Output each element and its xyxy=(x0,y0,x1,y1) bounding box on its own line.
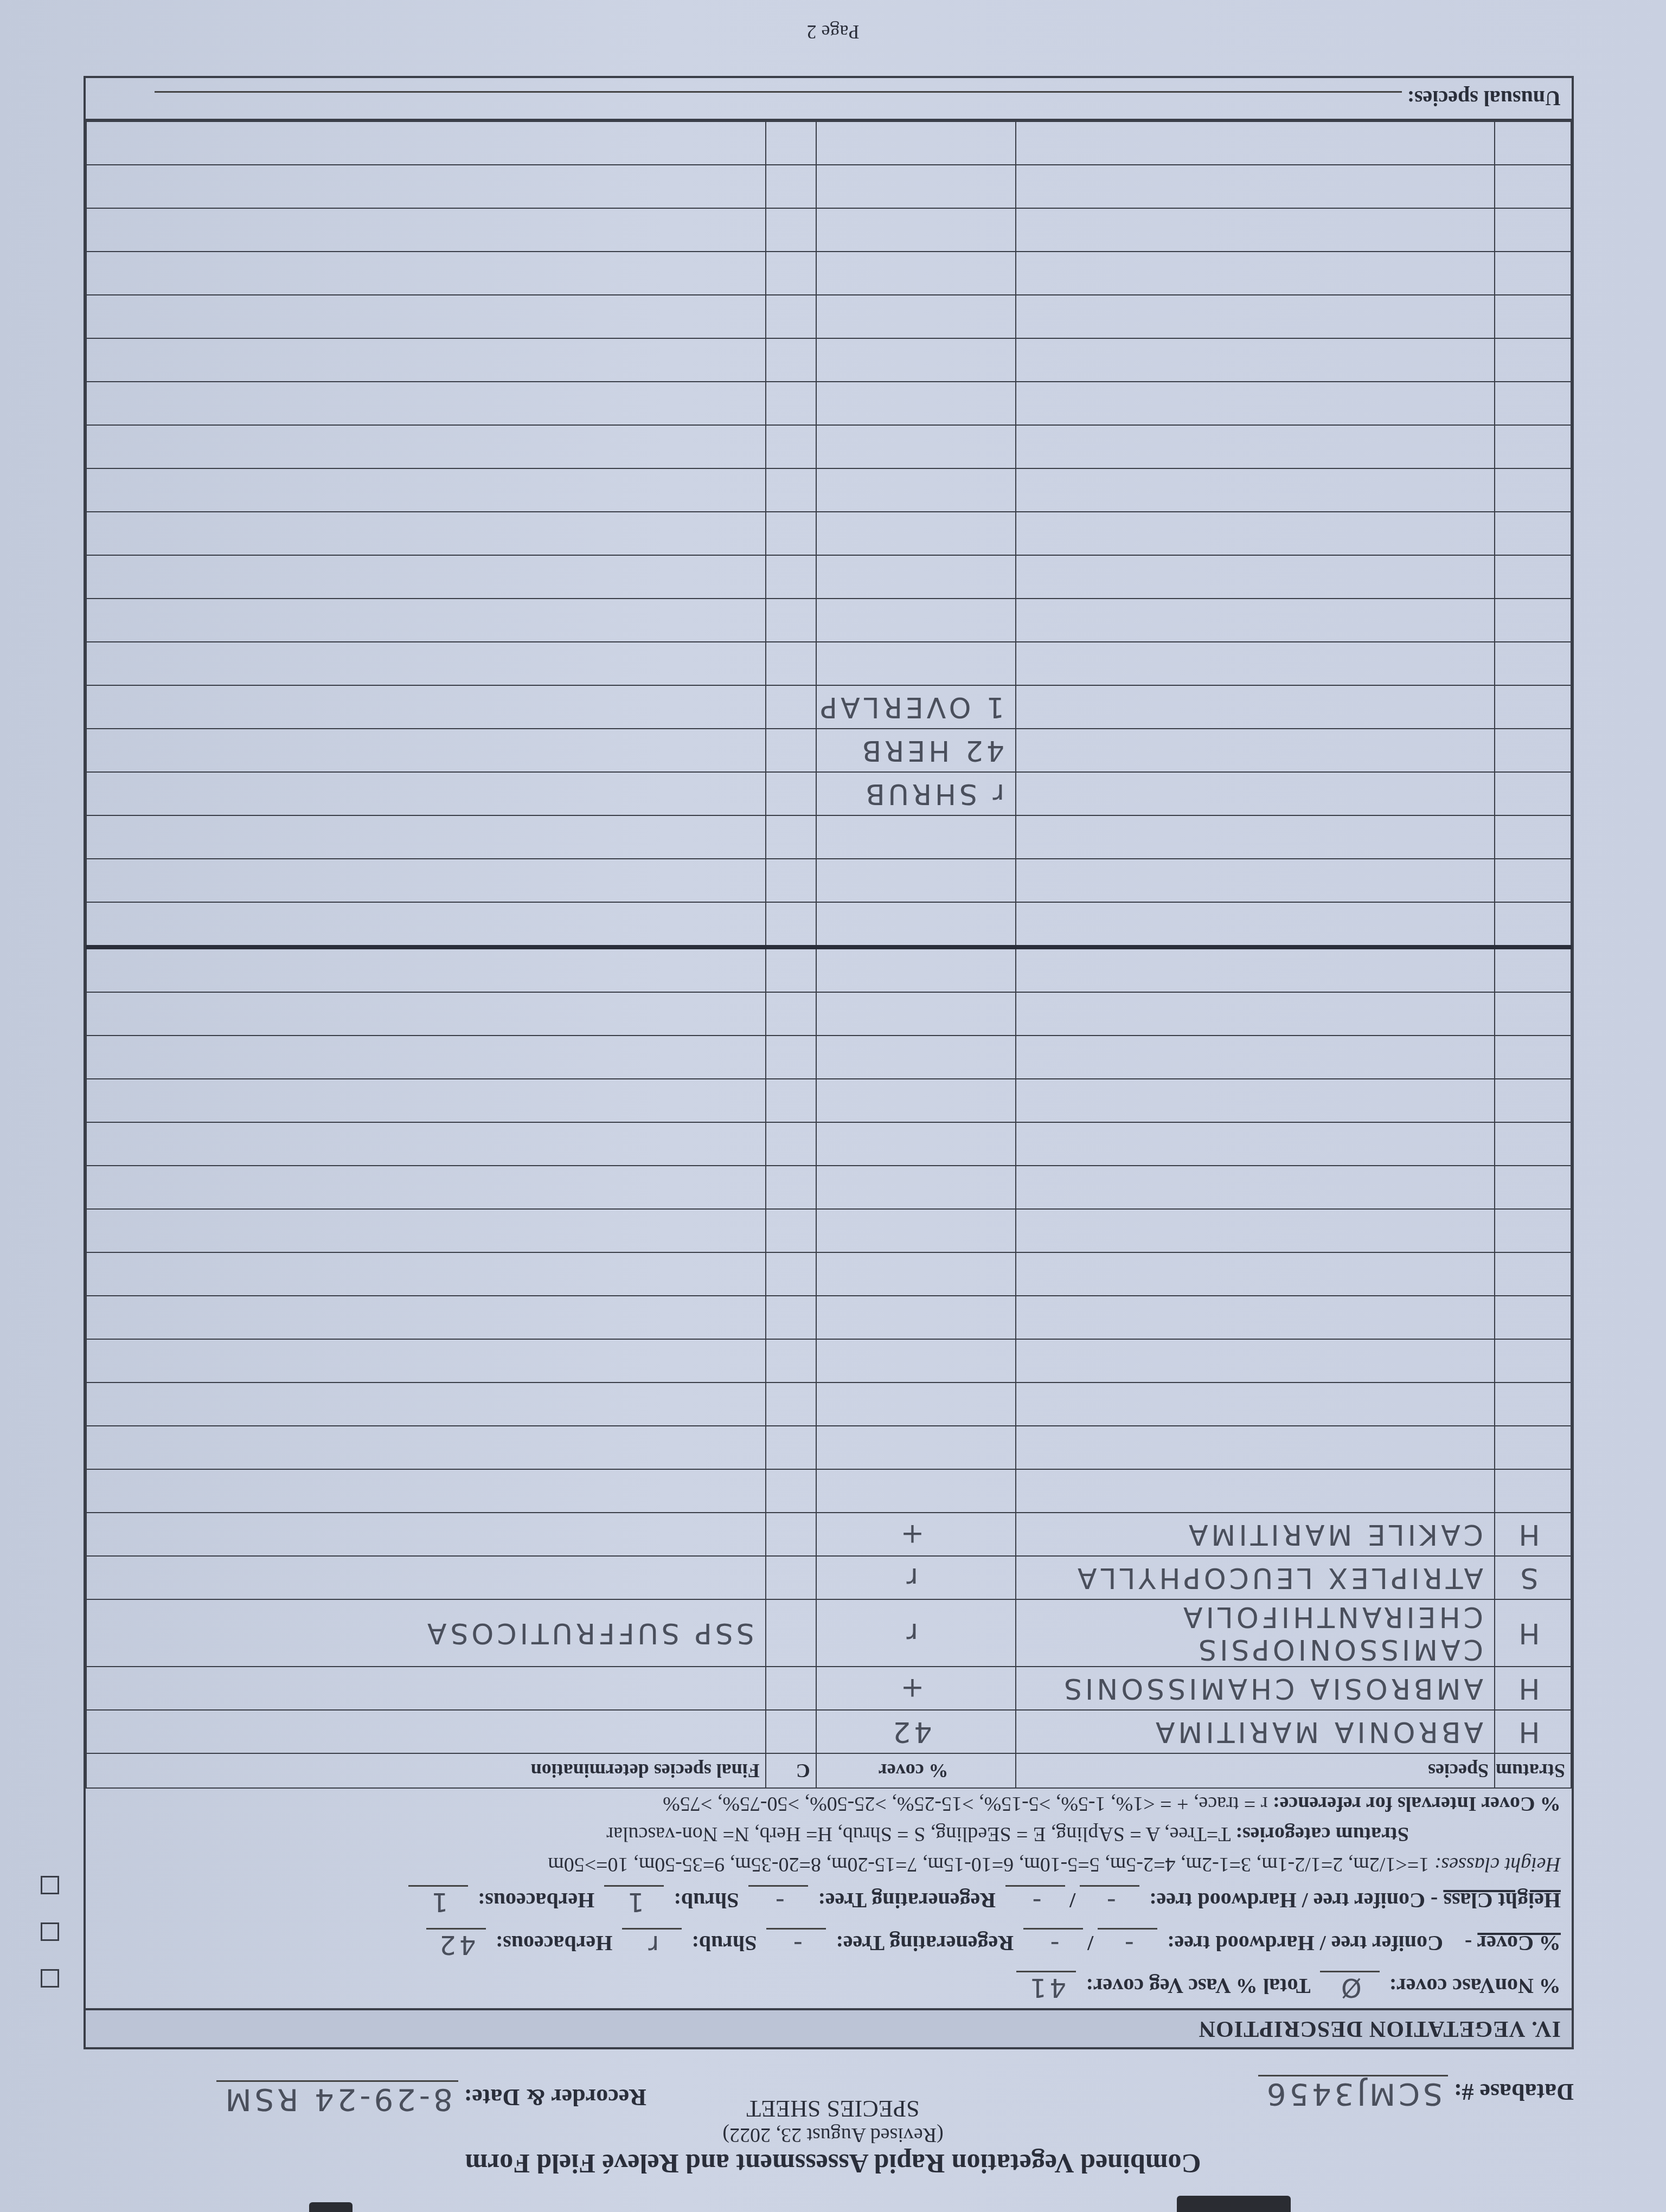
cell-c[interactable] xyxy=(766,1426,816,1469)
cell-final[interactable] xyxy=(86,1513,766,1556)
table-row xyxy=(86,512,1571,555)
table-row: 42 HERB xyxy=(86,729,1571,772)
cell-cover[interactable] xyxy=(816,902,1016,947)
cell-final[interactable] xyxy=(86,252,766,295)
cell-cover[interactable] xyxy=(816,468,1016,512)
cell-c[interactable] xyxy=(766,382,816,425)
table-row xyxy=(86,555,1571,599)
cell-cover[interactable] xyxy=(816,512,1016,555)
cell-final[interactable] xyxy=(86,815,766,859)
clipboard-clip xyxy=(309,2202,353,2212)
table-row xyxy=(86,902,1571,947)
height-herb-label: Herbaceous: xyxy=(478,1888,595,1913)
cell-c[interactable] xyxy=(766,947,816,992)
cell-stratum[interactable] xyxy=(1495,685,1571,729)
table-row xyxy=(86,165,1571,208)
cell-species[interactable] xyxy=(1016,859,1495,902)
cell-c[interactable] xyxy=(766,1710,816,1753)
cell-stratum[interactable]: H xyxy=(1495,1710,1571,1753)
cell-c[interactable] xyxy=(766,1296,816,1339)
cell-final[interactable] xyxy=(86,1166,766,1209)
cell-cover[interactable]: r xyxy=(816,1556,1016,1599)
table-row xyxy=(86,859,1571,902)
cell-c[interactable] xyxy=(766,642,816,685)
cover-shrub-label: Shrub: xyxy=(691,1931,757,1956)
cover-dash: - xyxy=(1459,1931,1477,1956)
cell-final[interactable]: SSP SUFFRUTICOSA xyxy=(86,1599,766,1667)
cell-cover[interactable] xyxy=(816,208,1016,252)
cell-stratum[interactable] xyxy=(1495,382,1571,425)
cell-c[interactable] xyxy=(766,1667,816,1710)
cell-c[interactable] xyxy=(766,338,816,382)
cell-species[interactable] xyxy=(1016,382,1495,425)
cell-cover[interactable] xyxy=(816,425,1016,468)
cover-conifer-value[interactable]: - xyxy=(1098,1928,1157,1960)
cell-species[interactable] xyxy=(1016,1166,1495,1209)
cell-final[interactable] xyxy=(86,208,766,252)
cell-final[interactable] xyxy=(86,1339,766,1382)
table-row xyxy=(86,1036,1571,1079)
cell-c[interactable] xyxy=(766,1469,816,1513)
table-row xyxy=(86,1122,1571,1166)
cell-c[interactable] xyxy=(766,1122,816,1166)
cell-species[interactable] xyxy=(1016,1122,1495,1166)
cell-final[interactable] xyxy=(86,642,766,685)
cell-species[interactable] xyxy=(1016,772,1495,815)
cell-final[interactable] xyxy=(86,1556,766,1599)
cell-cover[interactable]: + xyxy=(816,1667,1016,1710)
cell-cover[interactable] xyxy=(816,165,1016,208)
checkbox[interactable] xyxy=(41,1922,59,1941)
cell-species[interactable] xyxy=(1016,425,1495,468)
cell-species[interactable] xyxy=(1016,1079,1495,1122)
table-row xyxy=(86,208,1571,252)
cell-final[interactable] xyxy=(86,1252,766,1296)
cell-c[interactable] xyxy=(766,1166,816,1209)
checkbox[interactable] xyxy=(41,1969,59,1988)
table-row: 1 OVERLAP xyxy=(86,685,1571,729)
cell-cover[interactable] xyxy=(816,1382,1016,1426)
cell-c[interactable] xyxy=(766,121,816,165)
cell-c[interactable] xyxy=(766,555,816,599)
height-class-label: Height Class xyxy=(1443,1888,1561,1913)
table-row xyxy=(86,252,1571,295)
cell-c[interactable] xyxy=(766,165,816,208)
cell-species[interactable] xyxy=(1016,599,1495,642)
cell-cover[interactable] xyxy=(816,1339,1016,1382)
cell-c[interactable] xyxy=(766,902,816,947)
cell-cover[interactable] xyxy=(816,1209,1016,1252)
cell-c[interactable] xyxy=(766,859,816,902)
cell-c[interactable] xyxy=(766,1599,816,1667)
cell-final[interactable] xyxy=(86,382,766,425)
cover-label: % Cover xyxy=(1477,1931,1561,1956)
cell-c[interactable] xyxy=(766,425,816,468)
cell-stratum[interactable] xyxy=(1495,1079,1571,1122)
height-classes-text: 1=<1/2m, 2=1/2-1m, 3=1-2m, 4=2-5m, 5=5-1… xyxy=(548,1853,1429,1876)
cell-cover[interactable] xyxy=(816,295,1016,338)
cell-stratum[interactable] xyxy=(1495,1339,1571,1382)
cell-species[interactable] xyxy=(1016,1426,1495,1469)
cell-cover[interactable] xyxy=(816,859,1016,902)
cell-c[interactable] xyxy=(766,468,816,512)
cell-c[interactable] xyxy=(766,1079,816,1122)
cover-herb-label: Herbaceous: xyxy=(496,1931,613,1956)
height-classes-reference: Height classes: 1=<1/2m, 2=1/2-1m, 3=1-2… xyxy=(86,1849,1572,1880)
cell-stratum[interactable] xyxy=(1495,729,1571,772)
height-conifer-value[interactable]: - xyxy=(1080,1885,1139,1917)
table-row xyxy=(86,468,1571,512)
recorder-date-field: Recorder & Date: 8-29-24 RSM xyxy=(217,2080,647,2117)
height-shrub-value[interactable]: 1 xyxy=(604,1885,664,1917)
cell-cover[interactable] xyxy=(816,1036,1016,1079)
cell-cover[interactable] xyxy=(816,1252,1016,1296)
table-row xyxy=(86,1079,1571,1122)
cell-c[interactable] xyxy=(766,772,816,815)
height-regen-label: Regenerating Tree: xyxy=(818,1888,996,1913)
cell-stratum[interactable] xyxy=(1495,1252,1571,1296)
cell-stratum[interactable] xyxy=(1495,555,1571,599)
table-row xyxy=(86,947,1571,992)
nonvasc-label: % NonVasc cover: xyxy=(1389,1974,1561,1998)
cell-final[interactable] xyxy=(86,165,766,208)
cell-cover[interactable] xyxy=(816,252,1016,295)
cell-c[interactable] xyxy=(766,295,816,338)
cover-regen-value[interactable]: - xyxy=(766,1928,826,1960)
cell-cover[interactable] xyxy=(816,1469,1016,1513)
cell-stratum[interactable] xyxy=(1495,902,1571,947)
cell-cover[interactable]: r SHRUB xyxy=(816,772,1016,815)
cell-stratum[interactable] xyxy=(1495,992,1571,1036)
cover-regen-label: Regenerating Tree: xyxy=(836,1931,1014,1956)
height-hardwood-value[interactable]: - xyxy=(1005,1885,1065,1917)
cell-stratum[interactable] xyxy=(1495,1469,1571,1513)
cell-cover[interactable] xyxy=(816,1079,1016,1122)
field-form-page: Combined Vegetation Rapid Assessment and… xyxy=(0,0,1666,2212)
cell-stratum[interactable] xyxy=(1495,1166,1571,1209)
cell-c[interactable] xyxy=(766,1513,816,1556)
cell-cover[interactable] xyxy=(816,947,1016,992)
database-field: Database #: SCMJ3456 xyxy=(1258,2075,1574,2112)
height-conifer-hardwood-label: Conifer tree / Hardwood tree: xyxy=(1149,1888,1425,1913)
cell-species[interactable] xyxy=(1016,1036,1495,1079)
cell-c[interactable] xyxy=(766,1556,816,1599)
height-herb-value[interactable]: 1 xyxy=(408,1885,468,1917)
cell-c[interactable] xyxy=(766,992,816,1036)
cell-species[interactable] xyxy=(1016,165,1495,208)
stratum-label: Stratum categories: xyxy=(1235,1823,1409,1846)
cell-species[interactable] xyxy=(1016,815,1495,859)
cell-species[interactable] xyxy=(1016,338,1495,382)
cell-stratum[interactable]: S xyxy=(1495,1556,1571,1599)
cell-cover[interactable] xyxy=(816,338,1016,382)
cell-final[interactable] xyxy=(86,992,766,1036)
table-row xyxy=(86,1296,1571,1339)
cover-herb-value[interactable]: 42 xyxy=(426,1928,486,1960)
cell-final[interactable] xyxy=(86,1382,766,1426)
cell-c[interactable] xyxy=(766,599,816,642)
cell-species[interactable]: CAKILE MARITIMA xyxy=(1016,1513,1495,1556)
cell-species[interactable]: CAMISSONIOPSIS CHEIRANTHIFOLIA xyxy=(1016,1599,1495,1667)
revision-date: (Revised August 23, 2022) xyxy=(0,2123,1666,2147)
cell-final[interactable] xyxy=(86,1667,766,1710)
cell-cover[interactable] xyxy=(816,992,1016,1036)
cell-species[interactable] xyxy=(1016,555,1495,599)
cell-stratum[interactable]: H xyxy=(1495,1599,1571,1667)
cell-cover[interactable] xyxy=(816,1166,1016,1209)
cell-final[interactable] xyxy=(86,599,766,642)
table-row xyxy=(86,295,1571,338)
cell-cover[interactable] xyxy=(816,642,1016,685)
section-title: IV. VEGETATION DESCRIPTION xyxy=(86,2008,1572,2047)
cell-final[interactable] xyxy=(86,425,766,468)
cell-species[interactable] xyxy=(1016,252,1495,295)
cell-stratum[interactable] xyxy=(1495,1122,1571,1166)
cover-shrub-value[interactable]: r xyxy=(622,1928,682,1960)
cell-species[interactable] xyxy=(1016,512,1495,555)
cell-species[interactable] xyxy=(1016,208,1495,252)
cell-stratum[interactable] xyxy=(1495,1426,1571,1469)
cell-stratum[interactable] xyxy=(1495,295,1571,338)
cover-row: % Cover - Conifer tree / Hardwood tree: … xyxy=(86,1922,1572,1965)
cell-cover[interactable]: 1 OVERLAP xyxy=(816,685,1016,729)
header-species: Species xyxy=(1016,1753,1495,1788)
cell-stratum[interactable] xyxy=(1495,1382,1571,1426)
cell-cover[interactable] xyxy=(816,555,1016,599)
table-row xyxy=(86,1382,1571,1426)
cell-species[interactable] xyxy=(1016,1209,1495,1252)
cell-c[interactable] xyxy=(766,512,816,555)
cell-species[interactable] xyxy=(1016,1252,1495,1296)
unusual-species-field: Unusual species: xyxy=(86,78,1572,121)
stratum-text: T=Tree, A = SApling, E = SEedling, S = S… xyxy=(606,1823,1231,1846)
cell-final[interactable] xyxy=(86,1296,766,1339)
table-row xyxy=(86,1339,1571,1382)
cell-stratum[interactable] xyxy=(1495,252,1571,295)
cell-final[interactable] xyxy=(86,512,766,555)
header-final: Final species determination xyxy=(86,1753,766,1788)
vegetation-form: IV. VEGETATION DESCRIPTION % NonVasc cov… xyxy=(84,76,1574,2049)
cell-c[interactable] xyxy=(766,729,816,772)
cell-c[interactable] xyxy=(766,1209,816,1252)
table-row: HCAMISSONIOPSIS CHEIRANTHIFOLIArSSP SUFF… xyxy=(86,1599,1571,1667)
cell-final[interactable] xyxy=(86,729,766,772)
table-row xyxy=(86,1469,1571,1513)
cell-stratum[interactable] xyxy=(1495,772,1571,815)
cell-stratum[interactable] xyxy=(1495,1036,1571,1079)
cell-c[interactable] xyxy=(766,685,816,729)
cell-species[interactable]: ABRONIA MARITIMA xyxy=(1016,1710,1495,1753)
database-label: Database #: xyxy=(1454,2079,1574,2105)
cell-species[interactable] xyxy=(1016,1469,1495,1513)
cell-final[interactable] xyxy=(86,1122,766,1166)
table-row: r SHRUB xyxy=(86,772,1571,815)
cell-stratum[interactable] xyxy=(1495,1296,1571,1339)
cell-c[interactable] xyxy=(766,1252,816,1296)
table-row xyxy=(86,121,1571,165)
cell-cover[interactable] xyxy=(816,1122,1016,1166)
nonvasc-value[interactable]: Ø xyxy=(1320,1971,1380,2003)
height-shrub-label: Shrub: xyxy=(674,1888,739,1913)
cell-stratum[interactable] xyxy=(1495,1209,1571,1252)
cell-species[interactable] xyxy=(1016,295,1495,338)
cell-stratum[interactable] xyxy=(1495,208,1571,252)
cover-intervals-label: % Cover Intervals for reference: xyxy=(1273,1792,1561,1815)
cell-c[interactable] xyxy=(766,815,816,859)
recorder-value[interactable]: 8-29-24 RSM xyxy=(217,2080,458,2117)
cell-c[interactable] xyxy=(766,1382,816,1426)
cell-cover[interactable] xyxy=(816,121,1016,165)
cell-c[interactable] xyxy=(766,252,816,295)
cell-final[interactable] xyxy=(86,902,766,947)
cell-final[interactable] xyxy=(86,555,766,599)
cell-final[interactable] xyxy=(86,295,766,338)
table-row: HCAKILE MARITIMA+ xyxy=(86,1513,1571,1556)
cell-species[interactable] xyxy=(1016,992,1495,1036)
height-class-row: Height Class - Conifer tree / Hardwood t… xyxy=(86,1880,1572,1922)
table-row xyxy=(86,1252,1571,1296)
cell-final[interactable] xyxy=(86,1079,766,1122)
database-value[interactable]: SCMJ3456 xyxy=(1258,2075,1448,2112)
cover-summary-row: % NonVasc cover: Ø Total % Vasc Veg cove… xyxy=(86,1965,1572,2008)
checkbox[interactable] xyxy=(41,1876,59,1894)
cell-final[interactable] xyxy=(86,947,766,992)
cell-stratum[interactable]: H xyxy=(1495,1513,1571,1556)
height-regen-value[interactable]: - xyxy=(748,1885,808,1917)
header-stratum: Stratum xyxy=(1495,1753,1571,1788)
cell-species[interactable] xyxy=(1016,729,1495,772)
cell-stratum[interactable] xyxy=(1495,165,1571,208)
table-row xyxy=(86,599,1571,642)
cell-final[interactable] xyxy=(86,121,766,165)
cell-stratum[interactable] xyxy=(1495,599,1571,642)
table-row: SATRIPLEX LEUCOPHYLLAr xyxy=(86,1556,1571,1599)
cover-hardwood-value[interactable]: - xyxy=(1023,1928,1083,1960)
cell-c[interactable] xyxy=(766,1339,816,1382)
form-title: Combined Vegetation Rapid Assessment and… xyxy=(0,2148,1666,2179)
cell-stratum[interactable] xyxy=(1495,815,1571,859)
table-row xyxy=(86,338,1571,382)
cell-stratum[interactable]: H xyxy=(1495,1667,1571,1710)
table-row xyxy=(86,1166,1571,1209)
cell-species[interactable]: AMBROSIA CHAMISSONIS xyxy=(1016,1667,1495,1710)
cell-stratum[interactable] xyxy=(1495,425,1571,468)
cell-cover[interactable] xyxy=(816,382,1016,425)
cell-cover[interactable]: 42 xyxy=(816,1710,1016,1753)
cell-final[interactable] xyxy=(86,1426,766,1469)
cell-stratum[interactable] xyxy=(1495,512,1571,555)
height-classes-label: Height classes: xyxy=(1434,1853,1561,1876)
cell-cover[interactable] xyxy=(816,1296,1016,1339)
cell-final[interactable] xyxy=(86,772,766,815)
cell-species[interactable] xyxy=(1016,902,1495,947)
header-c: C xyxy=(766,1753,816,1788)
clipboard-clip xyxy=(1177,2196,1291,2212)
table-row: HABRONIA MARITIMA42 xyxy=(86,1710,1571,1753)
cell-species[interactable] xyxy=(1016,642,1495,685)
total-vasc-label: Total % Vasc Veg cover: xyxy=(1086,1974,1310,1998)
cell-species[interactable] xyxy=(1016,685,1495,729)
recorder-label: Recorder & Date: xyxy=(464,2084,646,2111)
table-header: Stratum Species % cover C Final species … xyxy=(86,1753,1571,1788)
height-dash: - xyxy=(1425,1888,1443,1913)
table-row xyxy=(86,382,1571,425)
table-row xyxy=(86,1209,1571,1252)
table-row xyxy=(86,425,1571,468)
cell-species[interactable] xyxy=(1016,1382,1495,1426)
cell-final[interactable] xyxy=(86,1710,766,1753)
unusual-species-label: Unusual species: xyxy=(1407,86,1561,111)
cell-stratum[interactable] xyxy=(1495,468,1571,512)
cell-stratum[interactable] xyxy=(1495,121,1571,165)
cover-intervals-reference: % Cover Intervals for reference: r = tra… xyxy=(86,1789,1572,1819)
cell-stratum[interactable] xyxy=(1495,947,1571,992)
cell-c[interactable] xyxy=(766,208,816,252)
table-row: HAMBROSIA CHAMISSONIS+ xyxy=(86,1667,1571,1710)
cell-final[interactable] xyxy=(86,685,766,729)
cell-species[interactable] xyxy=(1016,1339,1495,1382)
table-row xyxy=(86,642,1571,685)
cell-cover[interactable]: r xyxy=(816,1599,1016,1667)
header-cover: % cover xyxy=(816,1753,1016,1788)
cell-stratum[interactable] xyxy=(1495,859,1571,902)
cell-species[interactable] xyxy=(1016,1296,1495,1339)
cell-cover[interactable]: + xyxy=(816,1513,1016,1556)
total-vasc-value[interactable]: 41 xyxy=(1016,1971,1076,2003)
cell-c[interactable] xyxy=(766,1036,816,1079)
cell-final[interactable] xyxy=(86,1036,766,1079)
cell-stratum[interactable] xyxy=(1495,338,1571,382)
stratum-reference: Stratum categories: T=Tree, A = SApling,… xyxy=(86,1819,1572,1849)
table-row xyxy=(86,992,1571,1036)
cell-cover[interactable] xyxy=(816,1426,1016,1469)
cell-species[interactable] xyxy=(1016,121,1495,165)
cell-cover[interactable]: 42 HERB xyxy=(816,729,1016,772)
page-number: Page 2 xyxy=(0,21,1666,43)
cell-final[interactable] xyxy=(86,468,766,512)
cell-cover[interactable] xyxy=(816,599,1016,642)
cover-conifer-hardwood-label: Conifer tree / Hardwood tree: xyxy=(1167,1931,1443,1956)
cell-final[interactable] xyxy=(86,859,766,902)
cell-cover[interactable] xyxy=(816,815,1016,859)
species-table: Stratum Species % cover C Final species … xyxy=(86,121,1572,1789)
cell-stratum[interactable] xyxy=(1495,642,1571,685)
cell-final[interactable] xyxy=(86,338,766,382)
table-row xyxy=(86,1426,1571,1469)
cover-intervals-text: r = trace, + = <1%, 1-5%, >5-15%, >15-25… xyxy=(663,1792,1267,1815)
unusual-species-input[interactable] xyxy=(155,91,1402,93)
checkbox-group xyxy=(41,1876,59,2016)
table-row xyxy=(86,815,1571,859)
cell-final[interactable] xyxy=(86,1469,766,1513)
cell-species[interactable] xyxy=(1016,468,1495,512)
cell-final[interactable] xyxy=(86,1209,766,1252)
cell-species[interactable]: ATRIPLEX LEUCOPHYLLA xyxy=(1016,1556,1495,1599)
cell-species[interactable] xyxy=(1016,947,1495,992)
